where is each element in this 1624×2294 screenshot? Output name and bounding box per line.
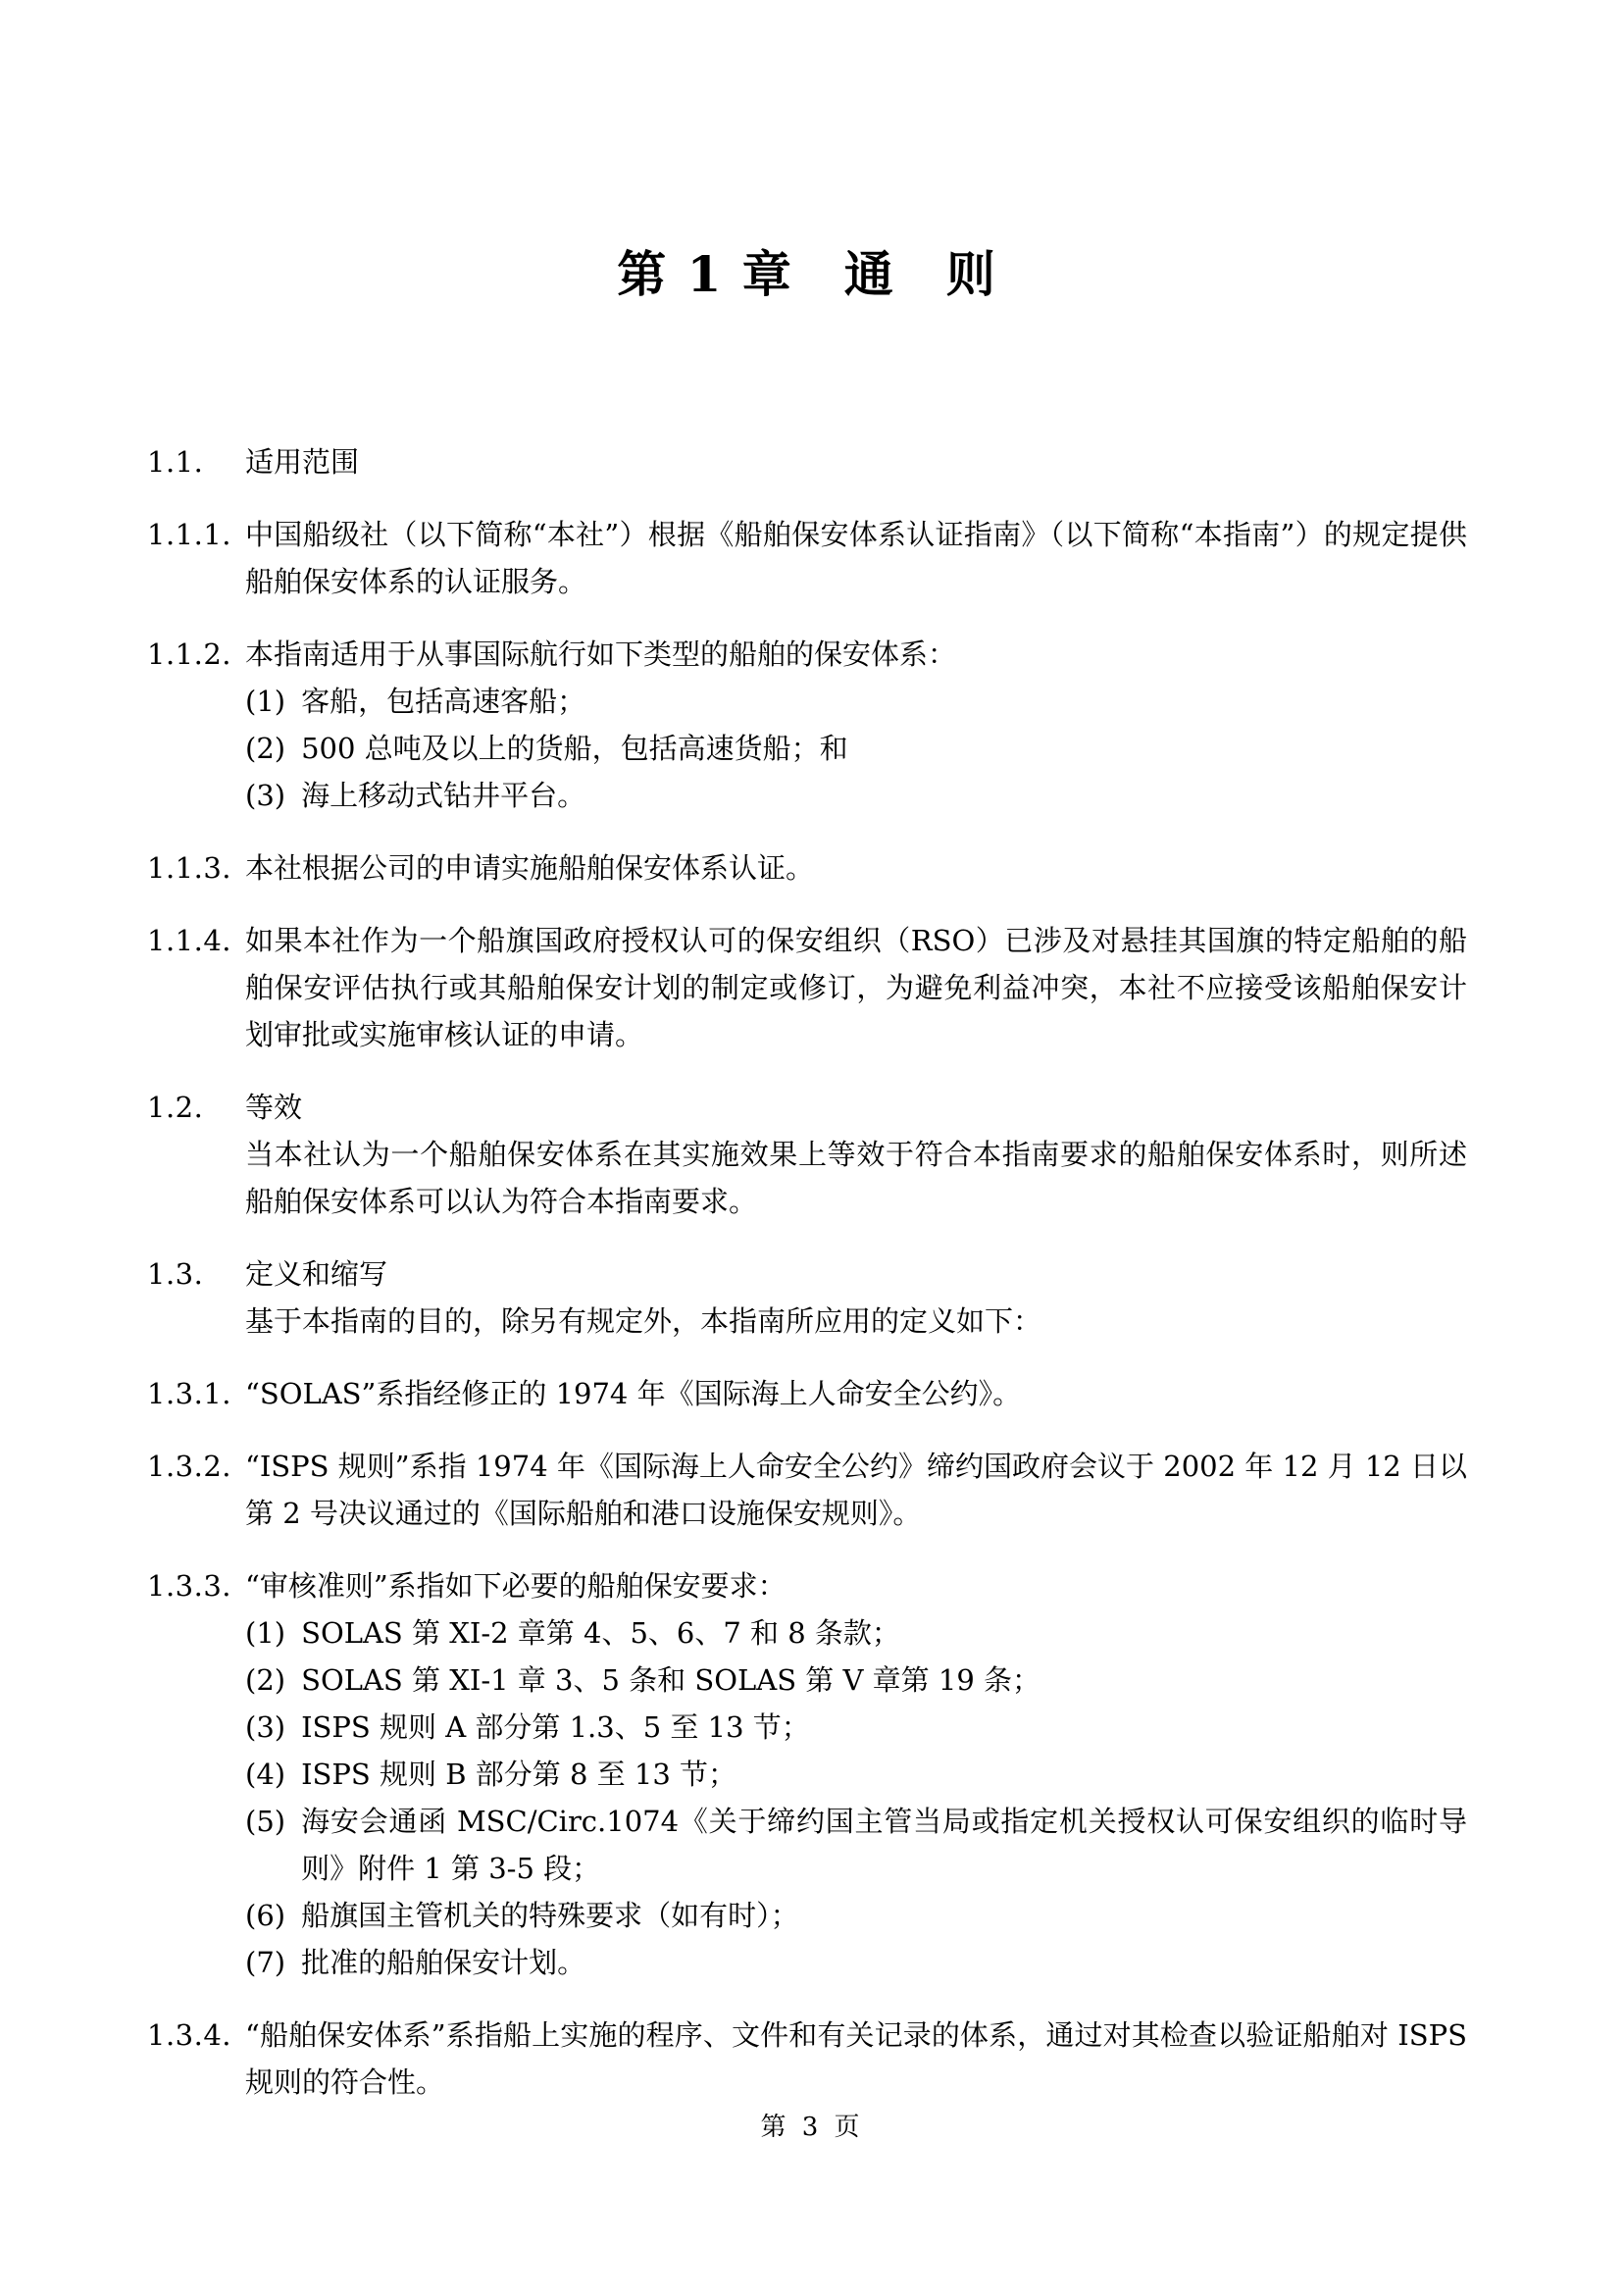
paragraph: 基于本指南的目的，除另有规定外，本指南所应用的定义如下： [245,1298,1467,1345]
section-content: 如果本社作为一个船旗国政府授权认可的保安组织（RSO）已涉及对悬挂其国旗的特定船… [245,917,1467,1058]
paragraph: 如果本社作为一个船旗国政府授权认可的保安组织（RSO）已涉及对悬挂其国旗的特定船… [245,917,1467,1058]
list-item-text: ISPS 规则 A 部分第 1.3、5 至 13 节； [301,1704,1467,1751]
section-content: 本指南适用于从事国际航行如下类型的船舶的保安体系：(1)客船，包括高速客船；(2… [245,631,1467,819]
list-item-marker: (3) [245,1704,285,1751]
paragraph: “ISPS 规则”系指 1974 年《国际海上人命安全公约》缔约国政府会议于 2… [245,1443,1467,1537]
paragraph: 当本社认为一个船舶保安体系在其实施效果上等效于符合本指南要求的船舶保安体系时，则… [245,1131,1467,1225]
list-item-marker: (2) [245,725,285,772]
section-content: 等效当本社认为一个船舶保安体系在其实施效果上等效于符合本指南要求的船舶保安体系时… [245,1084,1467,1225]
section-1-1-1: 1.1.1.中国船级社（以下简称“本社”）根据《船舶保安体系认证指南》（以下简称… [147,511,1467,605]
list-item-marker: (7) [245,1939,285,1986]
paragraph: 定义和缩写 [245,1250,1467,1298]
list-item-marker: (4) [245,1751,285,1798]
section-number: 1.3.4. [147,2012,245,2059]
list-item: (3)海上移动式钻井平台。 [245,772,1467,819]
section-1-1-4: 1.1.4.如果本社作为一个船旗国政府授权认可的保安组织（RSO）已涉及对悬挂其… [147,917,1467,1058]
list-item-marker: (2) [245,1657,285,1704]
document-page: 第 1 章 通 则 1.1.适用范围1.1.1.中国船级社（以下简称“本社”）根… [0,0,1624,2294]
list-item-marker: (6) [245,1892,285,1939]
section-1-3: 1.3.定义和缩写基于本指南的目的，除另有规定外，本指南所应用的定义如下： [147,1250,1467,1345]
chapter-title: 第 1 章 通 则 [147,247,1467,301]
section-content: 中国船级社（以下简称“本社”）根据《船舶保安体系认证指南》（以下简称“本指南”）… [245,511,1467,605]
paragraph: 等效 [245,1084,1467,1131]
section-1-1: 1.1.适用范围 [147,438,1467,485]
page-number: 第 3 页 [0,2107,1624,2143]
list-item: (4)ISPS 规则 B 部分第 8 至 13 节； [245,1751,1467,1798]
section-number: 1.2. [147,1084,245,1131]
section-1-3-2: 1.3.2.“ISPS 规则”系指 1974 年《国际海上人命安全公约》缔约国政… [147,1443,1467,1537]
section-number: 1.3.2. [147,1443,245,1490]
paragraph: 本社根据公司的申请实施船舶保安体系认证。 [245,844,1467,892]
list-item: (7)批准的船舶保安计划。 [245,1939,1467,1986]
list-item-text: SOLAS 第 XI-1 章 3、5 条和 SOLAS 第 V 章第 19 条； [301,1657,1467,1704]
section-1-3-3: 1.3.3.“审核准则”系指如下必要的船舶保安要求：(1)SOLAS 第 XI-… [147,1562,1467,1986]
list-item: (1)客船，包括高速客船； [245,678,1467,725]
list-item-marker: (1) [245,678,285,725]
paragraph: “审核准则”系指如下必要的船舶保安要求： [245,1562,1467,1609]
list-item-text: ISPS 规则 B 部分第 8 至 13 节； [301,1751,1467,1798]
paragraph: 适用范围 [245,438,1467,485]
list-item: (1)SOLAS 第 XI-2 章第 4、5、6、7 和 8 条款； [245,1609,1467,1657]
section-1-1-3: 1.1.3.本社根据公司的申请实施船舶保安体系认证。 [147,844,1467,892]
section-number: 1.1.2. [147,631,245,678]
list-item-text: 海上移动式钻井平台。 [301,772,1467,819]
list-item: (2)500 总吨及以上的货船，包括高速货船；和 [245,725,1467,772]
list-item-text: 海安会通函 MSC/Circ.1074《关于缔约国主管当局或指定机关授权认可保安… [301,1798,1467,1892]
list-item: (6)船旗国主管机关的特殊要求（如有时）； [245,1892,1467,1939]
paragraph: 中国船级社（以下简称“本社”）根据《船舶保安体系认证指南》（以下简称“本指南”）… [245,511,1467,605]
paragraph: “船舶保安体系”系指船上实施的程序、文件和有关记录的体系，通过对其检查以验证船舶… [245,2012,1467,2106]
section-number: 1.1. [147,438,245,485]
list-item-text: 船旗国主管机关的特殊要求（如有时）； [301,1892,1467,1939]
section-1-3-1: 1.3.1.“SOLAS”系指经修正的 1974 年《国际海上人命安全公约》。 [147,1370,1467,1417]
paragraph: 本指南适用于从事国际航行如下类型的船舶的保安体系： [245,631,1467,678]
section-number: 1.1.1. [147,511,245,558]
list-item: (5)海安会通函 MSC/Circ.1074《关于缔约国主管当局或指定机关授权认… [245,1798,1467,1892]
section-number: 1.3.1. [147,1370,245,1417]
document-body: 1.1.适用范围1.1.1.中国船级社（以下简称“本社”）根据《船舶保安体系认证… [147,438,1467,2106]
section-content: 本社根据公司的申请实施船舶保安体系认证。 [245,844,1467,892]
section-1-2: 1.2.等效当本社认为一个船舶保安体系在其实施效果上等效于符合本指南要求的船舶保… [147,1084,1467,1225]
section-content: “ISPS 规则”系指 1974 年《国际海上人命安全公约》缔约国政府会议于 2… [245,1443,1467,1537]
section-number: 1.1.3. [147,844,245,892]
section-content: “审核准则”系指如下必要的船舶保安要求：(1)SOLAS 第 XI-2 章第 4… [245,1562,1467,1986]
list-item-text: SOLAS 第 XI-2 章第 4、5、6、7 和 8 条款； [301,1609,1467,1657]
list-item-marker: (5) [245,1798,285,1845]
list-item-marker: (1) [245,1609,285,1657]
section-content: 适用范围 [245,438,1467,485]
list-item: (3)ISPS 规则 A 部分第 1.3、5 至 13 节； [245,1704,1467,1751]
list-item-marker: (3) [245,772,285,819]
list-item-text: 批准的船舶保安计划。 [301,1939,1467,1986]
section-content: 定义和缩写基于本指南的目的，除另有规定外，本指南所应用的定义如下： [245,1250,1467,1345]
list-item-text: 500 总吨及以上的货船，包括高速货船；和 [301,725,1467,772]
section-number: 1.3. [147,1250,245,1298]
list-item-text: 客船，包括高速客船； [301,678,1467,725]
section-1-1-2: 1.1.2.本指南适用于从事国际航行如下类型的船舶的保安体系：(1)客船，包括高… [147,631,1467,819]
paragraph: “SOLAS”系指经修正的 1974 年《国际海上人命安全公约》。 [245,1370,1467,1417]
section-number: 1.1.4. [147,917,245,964]
section-1-3-4: 1.3.4.“船舶保安体系”系指船上实施的程序、文件和有关记录的体系，通过对其检… [147,2012,1467,2106]
section-content: “船舶保安体系”系指船上实施的程序、文件和有关记录的体系，通过对其检查以验证船舶… [245,2012,1467,2106]
section-number: 1.3.3. [147,1562,245,1609]
list-item: (2)SOLAS 第 XI-1 章 3、5 条和 SOLAS 第 V 章第 19… [245,1657,1467,1704]
sections: 1.1.适用范围1.1.1.中国船级社（以下简称“本社”）根据《船舶保安体系认证… [147,438,1467,2106]
section-content: “SOLAS”系指经修正的 1974 年《国际海上人命安全公约》。 [245,1370,1467,1417]
